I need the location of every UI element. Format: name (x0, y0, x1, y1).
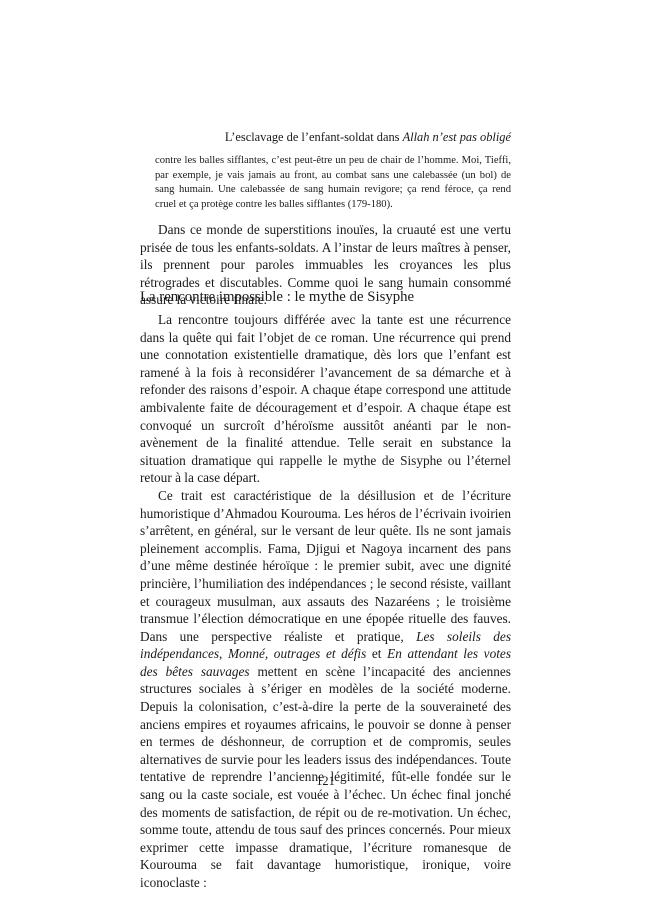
block-quote: contre les balles sifflantes, c’est peut… (155, 154, 511, 212)
section-body: La rencontre toujours différée avec la t… (140, 311, 511, 892)
paragraph: La rencontre toujours différée avec la t… (140, 311, 511, 487)
paragraph: Ce trait est caractéristique de la désil… (140, 487, 511, 892)
text-span: et (366, 646, 387, 661)
running-head: L’esclavage de l’enfant-soldat dans Alla… (225, 130, 511, 145)
text-span: , (219, 646, 228, 661)
page-number: 121 (140, 774, 511, 789)
text-span: Ce trait est caractéristique de la désil… (140, 488, 511, 644)
running-head-title: Allah n’est pas obligé (403, 130, 511, 144)
book-title: Monné, outrages et défis (228, 646, 366, 661)
section-heading: La rencontre impossible : le mythe de Si… (140, 289, 414, 306)
running-head-text: L’esclavage de l’enfant-soldat dans (225, 130, 403, 144)
